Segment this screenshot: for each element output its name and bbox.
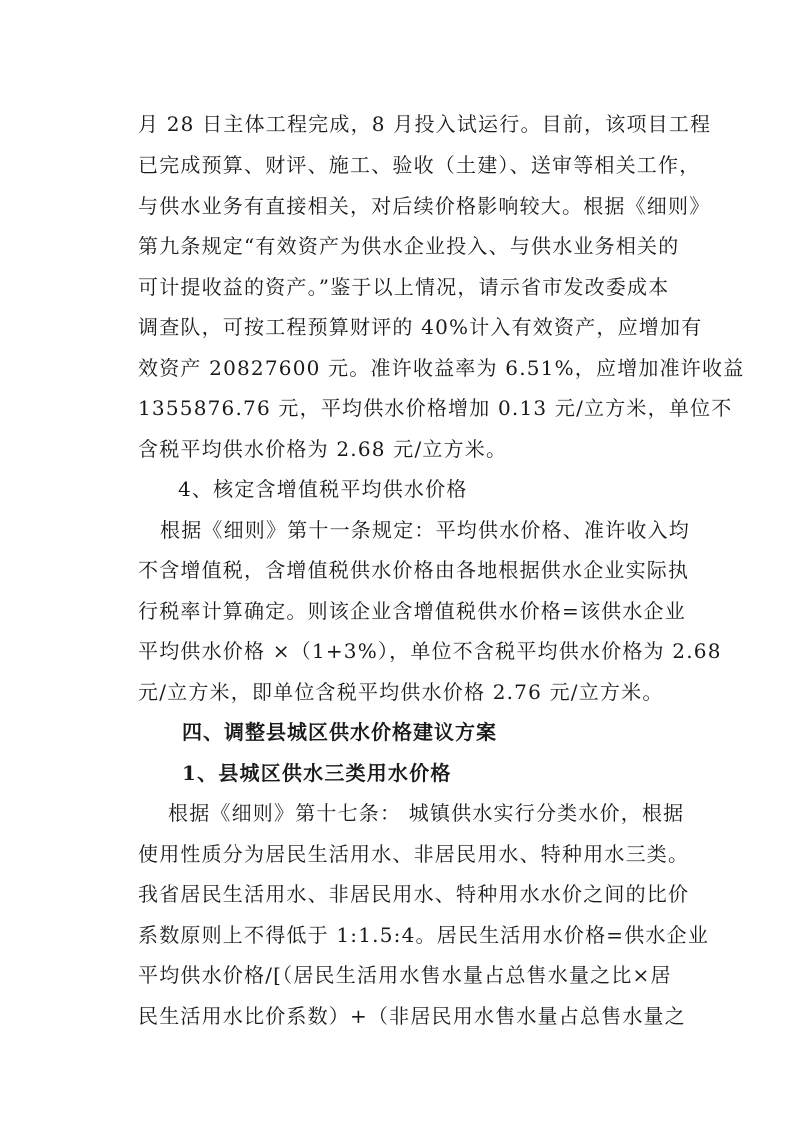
section-subheading: 4、核定含增值税平均供水价格: [178, 469, 738, 509]
body-line: 系数原则上不得低于 1:1.5:4。居民生活用水价格=供水企业: [138, 915, 698, 955]
body-line: 调查队，可按工程预算财评的 40%计入有效资产，应增加有: [138, 307, 698, 347]
body-line: 不含增值税，含增值税供水价格由各地根据供水企业实际执: [138, 550, 698, 590]
body-line: 元/立方米，即单位含税平均供水价格 2.76 元/立方米。: [138, 672, 698, 712]
body-line: 行税率计算确定。则该企业含增值税供水价格=该供水企业: [138, 591, 698, 631]
section-heading: 四、调整县城区供水价格建议方案: [182, 712, 742, 752]
body-line: 效资产 20827600 元。准许收益率为 6.51%，应增加准许收益: [138, 348, 698, 388]
document-page: 月 28 日主体工程完成，8 月投入试运行。目前，该项目工程 已完成预算、财评、…: [0, 0, 793, 1121]
body-line: 民生活用水比价系数）+（非居民用水售水量占总售水量之: [138, 996, 698, 1036]
body-line: 第九条规定“有效资产为供水企业投入、与供水业务相关的: [138, 226, 698, 266]
body-line: 含税平均供水价格为 2.68 元/立方米。: [138, 429, 698, 469]
body-line: 1355876.76 元，平均供水价格增加 0.13 元/立方米，单位不: [138, 388, 698, 428]
body-line: 已完成预算、财评、施工、验收（土建）、送审等相关工作，: [138, 145, 698, 185]
body-line: 我省居民生活用水、非居民用水、特种用水水价之间的比价: [138, 874, 698, 914]
section-subheading: 1、县城区供水三类用水价格: [182, 753, 742, 793]
body-line: 月 28 日主体工程完成，8 月投入试运行。目前，该项目工程: [138, 104, 698, 144]
paragraph-start-line: 根据《细则》第十七条： 城镇供水实行分类水价，根据: [168, 793, 728, 833]
body-line: 平均供水价格 ×（1+3%），单位不含税平均供水价格为 2.68: [138, 631, 698, 671]
body-line: 与供水业务有直接相关，对后续价格影响较大。根据《细则》: [138, 186, 698, 226]
body-line: 使用性质分为居民生活用水、非居民用水、特种用水三类。: [138, 834, 698, 874]
body-line: 可计提收益的资产。”鉴于以上情况，请示省市发改委成本: [138, 267, 698, 307]
paragraph-start-line: 根据《细则》第十一条规定：平均供水价格、准许收入均: [160, 510, 720, 550]
body-line: 平均供水价格/[（居民生活用水售水量占总售水量之比×居: [138, 955, 698, 995]
